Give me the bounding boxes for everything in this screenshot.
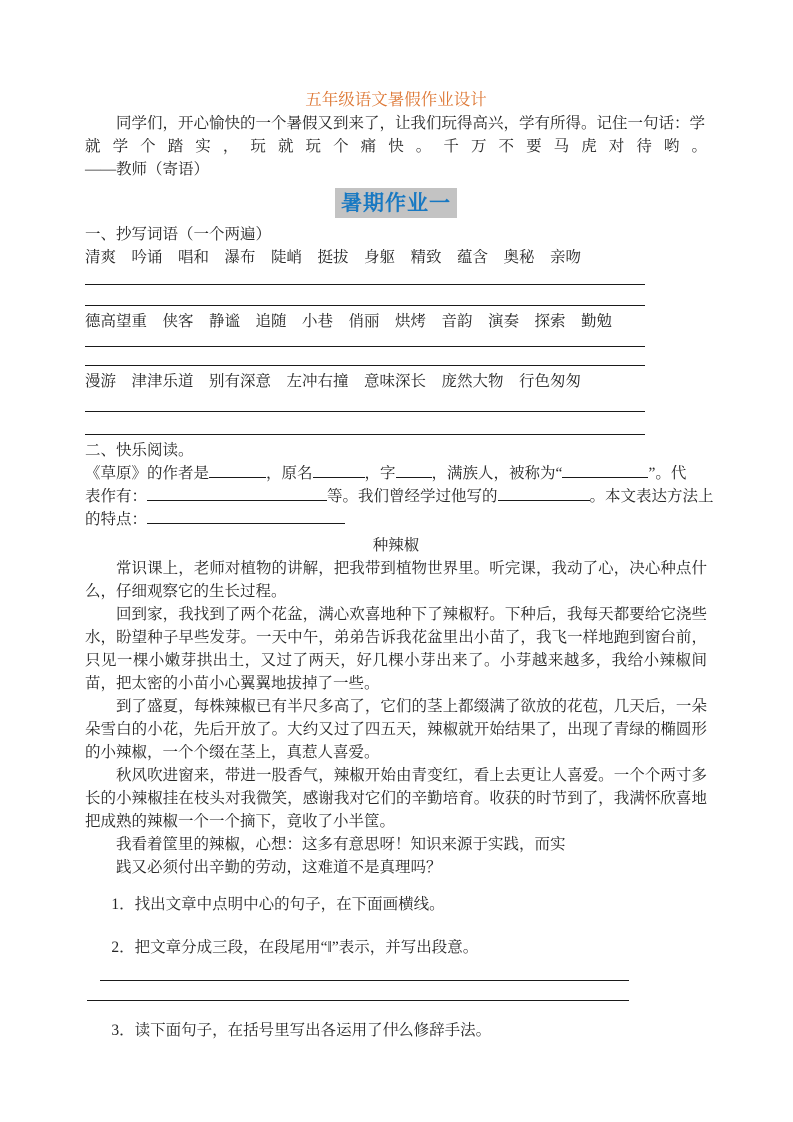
teacher-message: 同学们，开心愉快的一个暑假又到来了，让我们玩得高兴，学有所得。记住一句话：学 就… — [85, 112, 707, 181]
question-1: 1．找出文章中点明中心的句子，在下面画横线。 — [85, 893, 707, 916]
fill-text: ，原名 — [266, 465, 313, 482]
task1-heading: 一、抄写词语（一个两遍） — [85, 223, 707, 246]
passage-paragraph: 秋风吹进窗来，带进一股香气，辣椒开始由青变红，看上去更让人喜爱。一个个两寸多长的… — [85, 764, 707, 833]
word-row-1: 清爽 吟诵 唱和 瀑布 陡峭 挺拔 身躯 精致 蕴含 奥秘 亲吻 — [85, 246, 707, 269]
fill-in-blank-line-1: 《草原》的作者是，原名，字，满族人，被称为“”。代 — [85, 462, 707, 485]
fill-text: 等。我们曾经学过他写的 — [327, 488, 498, 505]
answer-line — [85, 284, 645, 285]
fill-text: ，满族人，被称为“ — [432, 465, 563, 482]
fill-blank — [147, 509, 345, 524]
task2-heading: 二、快乐阅读。 — [85, 439, 707, 462]
fill-blank — [562, 463, 648, 478]
answer-line — [85, 346, 645, 347]
section-banner: 暑期作业一 — [85, 188, 707, 220]
document-title: 五年级语文暑假作业设计 — [85, 88, 707, 112]
passage-paragraph: 回到家，我找到了两个花盆，满心欢喜地种下了辣椒籽。下种后，我每天都要给它浇些水，… — [85, 603, 707, 695]
intro-line-2: 就学个踏实，玩就玩个痛快。千万不要马虎对待哟。 — [85, 135, 707, 158]
fill-blank — [498, 486, 590, 501]
fill-in-blank-line-3: 的特点： — [85, 508, 707, 531]
answer-line — [85, 305, 645, 306]
answer-line — [85, 365, 645, 366]
intro-line-1: 同学们，开心愉快的一个暑假又到来了，让我们玩得高兴，学有所得。记住一句话：学 — [85, 112, 707, 135]
passage-line: 践又必须付出辛勤的劳动，这难道不是真理吗？ — [116, 856, 707, 879]
passage-paragraph: 我看着筐里的辣椒，心想：这多有意思呀！知识来源于实践，而实 践又必须付出辛勤的劳… — [85, 833, 707, 879]
answer-line — [87, 1000, 629, 1001]
fill-blank — [396, 463, 432, 478]
fill-blank — [147, 486, 327, 501]
answer-line — [100, 980, 629, 981]
fill-blank — [313, 463, 365, 478]
answer-line — [85, 434, 645, 435]
passage-title: 种辣椒 — [85, 534, 707, 557]
document-page: 五年级语文暑假作业设计 同学们，开心愉快的一个暑假又到来了，让我们玩得高兴，学有… — [0, 0, 793, 1122]
word-row-2: 德高望重 侠客 静谧 追随 小巷 俏丽 烘烤 音韵 演奏 探索 勤勉 — [85, 310, 707, 333]
fill-text: 的特点： — [85, 511, 147, 528]
fill-blank — [209, 463, 266, 478]
fill-text: 《草原》的作者是 — [85, 465, 209, 482]
fill-text: 表作有： — [85, 488, 147, 505]
passage-line: 我看着筐里的辣椒，心想：这多有意思呀！知识来源于实践，而实 — [116, 833, 707, 856]
passage-paragraph: 常识课上，老师对植物的讲解，把我带到植物世界里。听完课，我动了心，决心种点什么，… — [85, 557, 707, 603]
fill-text: 。本文表达方法上 — [590, 488, 714, 505]
word-row-3: 漫游 津津乐道 别有深意 左冲右撞 意味深长 庞然大物 行色匆匆 — [85, 370, 707, 393]
teacher-signature: ——教师（寄语） — [85, 158, 707, 181]
fill-text: ”。代 — [648, 465, 686, 482]
question-2: 2．把文章分成三段，在段尾用“‖”表示，并写出段意。 — [85, 936, 707, 959]
fill-text: ，字 — [365, 465, 396, 482]
fill-in-blank-line-2: 表作有：等。我们曾经学过他写的。本文表达方法上 — [85, 485, 707, 508]
page-number: 1 — [0, 1019, 793, 1035]
answer-line — [85, 411, 645, 412]
passage-paragraph: 到了盛夏，每株辣椒已有半尺多高了，它们的茎上都缀满了欲放的花苞，几天后，一朵朵雪… — [85, 695, 707, 764]
section-banner-text: 暑期作业一 — [335, 188, 457, 218]
